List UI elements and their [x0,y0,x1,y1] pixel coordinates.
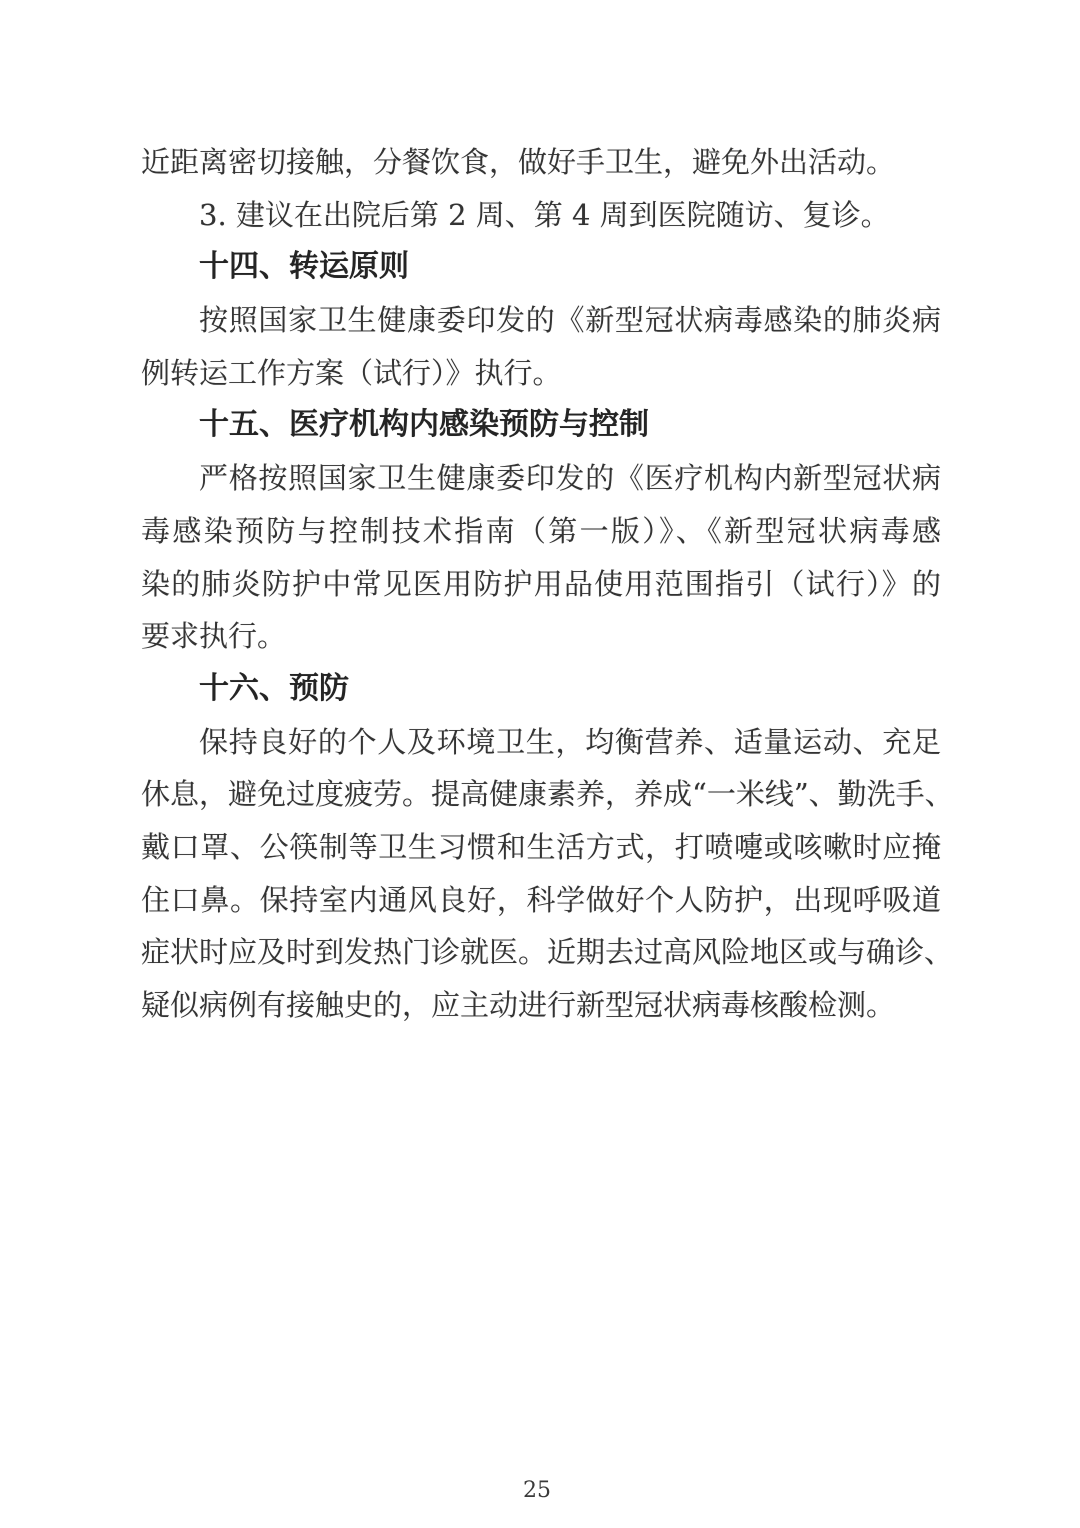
text-line: 毒感染预防与控制技术指南（第一版）》、《新型冠状病毒感 [141,505,941,558]
text-line: 按照国家卫生健康委印发的《新型冠状病毒感染的肺炎病 [141,294,941,347]
numbered-list-item: 3. 建议在出院后第 2 周、第 4 周到医院随访、复诊。 [141,189,941,242]
heading-text: 十五、医疗机构内感染预防与控制 [141,399,941,452]
heading-text: 十六、预防 [141,663,941,716]
page-number: 25 [0,1478,1074,1503]
text-line: 疑似病例有接触史的，应主动进行新型冠状病毒核酸检测。 [141,979,941,1032]
paragraph-transfer-principles: 按照国家卫生健康委印发的《新型冠状病毒感染的肺炎病 例转运工作方案（试行）》执行… [141,294,941,399]
text-line: 近距离密切接触，分餐饮食，做好手卫生，避免外出活动。 [141,136,941,189]
text-line: 要求执行。 [141,610,941,663]
paragraph-infection-control: 严格按照国家卫生健康委印发的《医疗机构内新型冠状病 毒感染预防与控制技术指南（第… [141,452,941,663]
section-heading-14: 十四、转运原则 [141,241,941,294]
text-line: 症状时应及时到发热门诊就医。近期去过高风险地区或与确诊、 [141,926,941,979]
text-line: 严格按照国家卫生健康委印发的《医疗机构内新型冠状病 [141,452,941,505]
paragraph-continuation: 近距离密切接触，分餐饮食，做好手卫生，避免外出活动。 [141,136,941,189]
section-heading-15: 十五、医疗机构内感染预防与控制 [141,399,941,452]
text-line: 住口鼻。保持室内通风良好，科学做好个人防护，出现呼吸道 [141,874,941,927]
text-line: 休息，避免过度疲劳。提高健康素养，养成“一米线”、勤洗手、 [141,768,941,821]
text-line: 3. 建议在出院后第 2 周、第 4 周到医院随访、复诊。 [141,189,941,242]
heading-text: 十四、转运原则 [141,241,941,294]
paragraph-prevention: 保持良好的个人及环境卫生，均衡营养、适量运动、充足 休息，避免过度疲劳。提高健康… [141,716,941,1032]
text-line: 染的肺炎防护中常见医用防护用品使用范围指引（试行）》的 [141,558,941,611]
document-page: 近距离密切接触，分餐饮食，做好手卫生，避免外出活动。 3. 建议在出院后第 2 … [0,0,1080,1528]
text-line: 戴口罩、公筷制等卫生习惯和生活方式，打喷嚏或咳嗽时应掩 [141,821,941,874]
section-heading-16: 十六、预防 [141,663,941,716]
document-content: 近距离密切接触，分餐饮食，做好手卫生，避免外出活动。 3. 建议在出院后第 2 … [141,136,941,1032]
text-line: 例转运工作方案（试行）》执行。 [141,347,941,400]
text-line: 保持良好的个人及环境卫生，均衡营养、适量运动、充足 [141,716,941,769]
